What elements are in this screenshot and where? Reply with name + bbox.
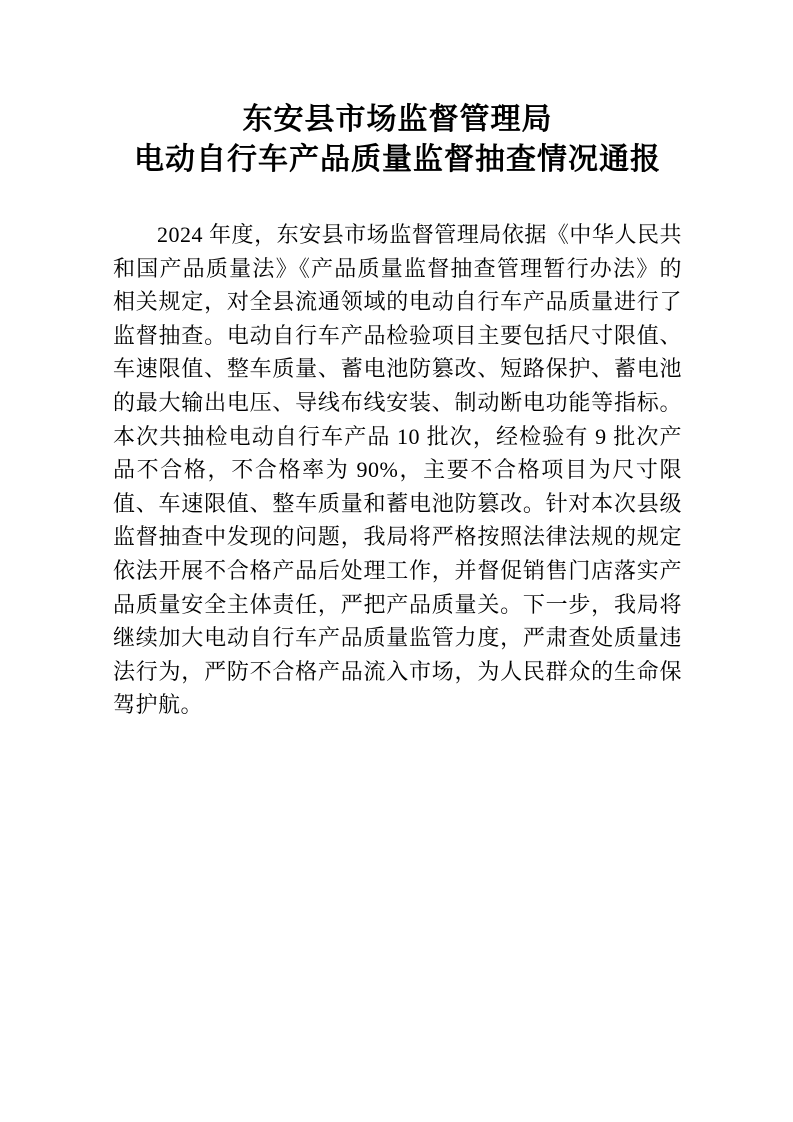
- title-line-2: 电动自行车产品质量监督抽查情况通报: [113, 140, 682, 180]
- document-page: 东安县市场监督管理局 电动自行车产品质量监督抽查情况通报 2024 年度，东安县…: [0, 0, 793, 1122]
- title-line-1: 东安县市场监督管理局: [113, 100, 682, 140]
- document-title: 东安县市场监督管理局 电动自行车产品质量监督抽查情况通报: [113, 100, 682, 180]
- body-paragraph: 2024 年度，东安县市场监督管理局依据《中华人民共和国产品质量法》《产品质量监…: [113, 218, 682, 722]
